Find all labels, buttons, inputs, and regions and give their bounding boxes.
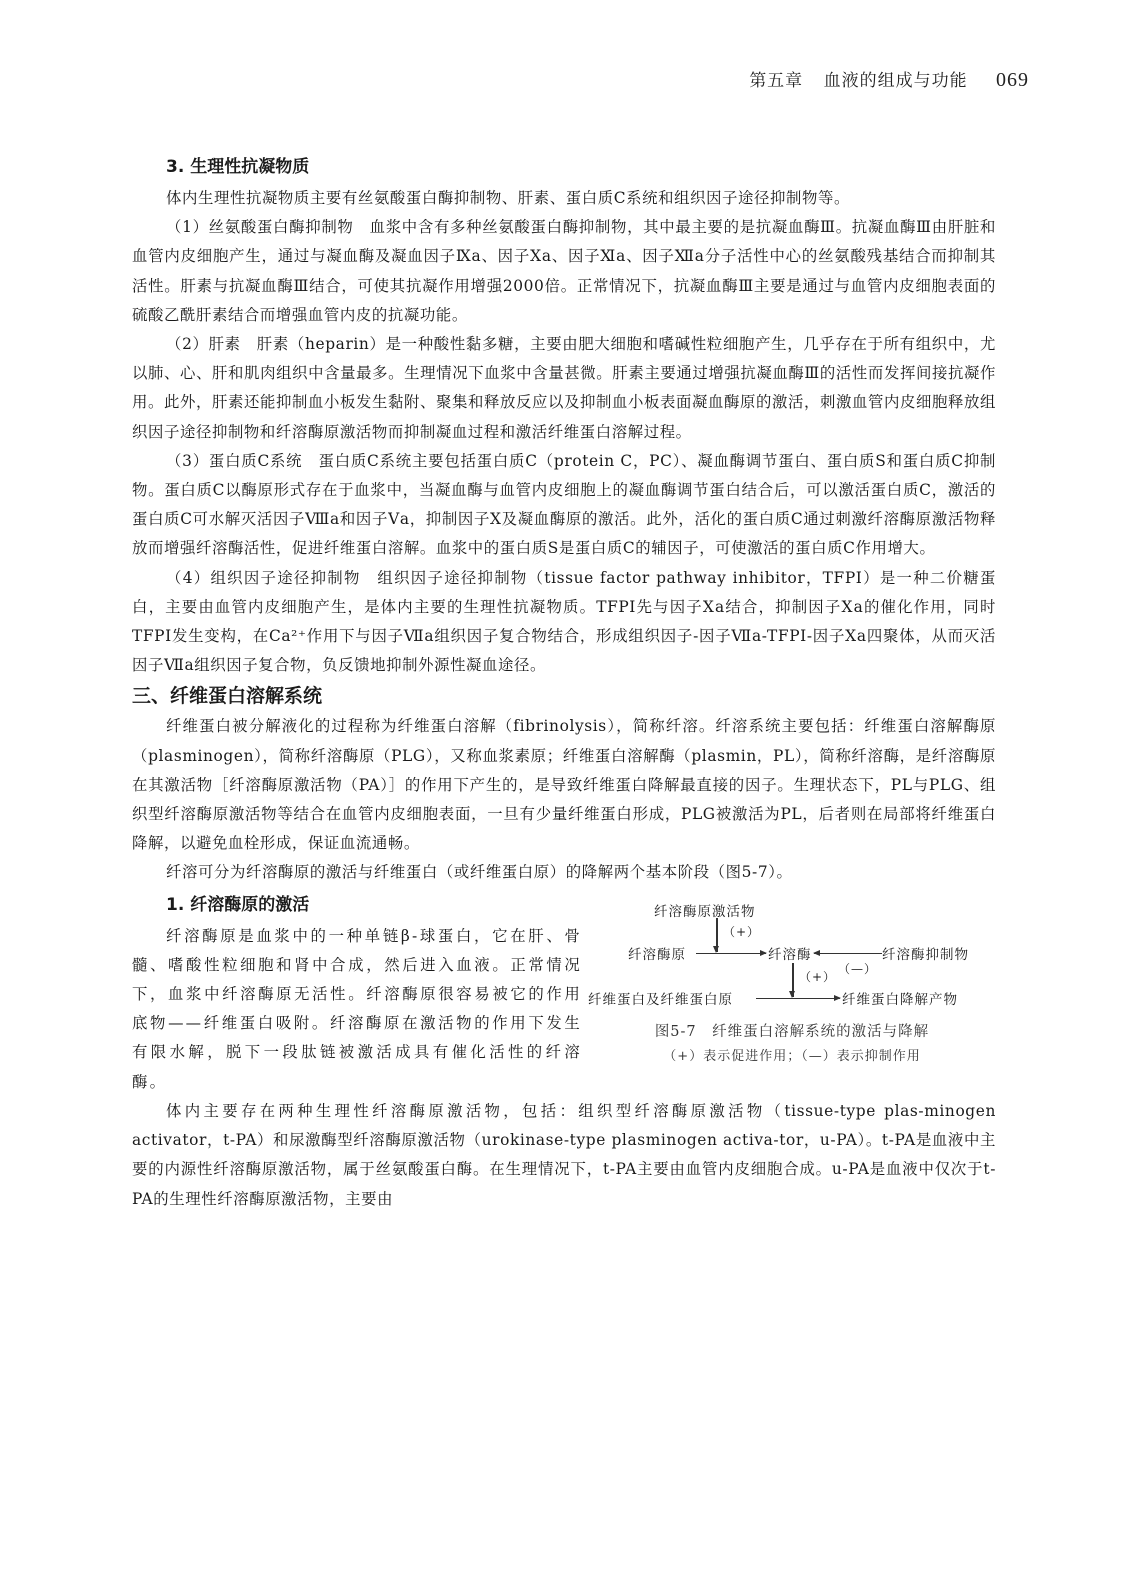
node-plasminogen: 纤溶酶原 <box>628 943 686 963</box>
paragraph-heparin: （2）肝素 肝素（heparin）是一种酸性黏多糖，主要由肥大细胞和嗜碱性粒细胞… <box>132 330 996 447</box>
chapter-label: 第五章 <box>749 71 803 91</box>
text-column: 1. 纤溶酶原的激活 纤溶酶原是血浆中的一种单链β-球蛋白，它在肝、骨髓、嗜酸性… <box>132 888 582 1097</box>
paragraph-protein-c-system: （3）蛋白质C系统 蛋白质C系统主要包括蛋白质C（protein C，PC）、凝… <box>132 447 996 564</box>
node-fibrin-fibrinogen: 纤维蛋白及纤维蛋白原 <box>588 988 733 1008</box>
figure-caption: 图5-7 纤维蛋白溶解系统的激活与降解 <box>588 1020 996 1041</box>
section-heading-fibrinolysis: 三、纤维蛋白溶解系统 <box>132 680 996 712</box>
chapter-title: 血液的组成与功能 <box>824 71 968 91</box>
paragraph-serine-protease-inhibitor: （1）丝氨酸蛋白酶抑制物 血浆中含有多种丝氨酸蛋白酶抑制物，其中最主要的是抗凝血… <box>132 213 996 330</box>
section-heading-anticoagulants: 3. 生理性抗凝物质 <box>132 150 996 184</box>
paragraph-plasminogen: 纤溶酶原是血浆中的一种单链β-球蛋白，它在肝、骨髓、嗜酸性粒细胞和肾中合成，然后… <box>132 922 582 1097</box>
arrow-left-inhibition <box>814 953 882 955</box>
node-plasminogen-activator: 纤溶酶原激活物 <box>654 900 756 920</box>
sign-minus: （—） <box>838 960 877 977</box>
page-number: 069 <box>996 69 1029 91</box>
figure-5-7-diagram: 纤溶酶原激活物 （+） 纤溶酶原 纤溶酶 纤溶酶抑制物 （—） （+） 纤维蛋白… <box>588 892 996 1072</box>
paragraph-fibrinolysis-intro: 纤维蛋白被分解液化的过程称为纤维蛋白溶解（fibrinolysis），简称纤溶。… <box>132 712 996 858</box>
node-degradation-products: 纤维蛋白降解产物 <box>842 988 958 1008</box>
sign-plus-2: （+） <box>799 968 836 985</box>
node-plasmin-inhibitor: 纤溶酶抑制物 <box>882 943 969 963</box>
running-head: 第五章 血液的组成与功能 069 <box>749 66 1029 92</box>
node-plasmin: 纤溶酶 <box>768 943 812 963</box>
arrow-right-to-degradation <box>756 998 840 1000</box>
arrow-right-to-plasmin <box>696 953 766 955</box>
sign-plus-1: （+） <box>723 923 760 940</box>
arrow-down-degradation <box>792 963 794 997</box>
figure-note: （+）表示促进作用；（—）表示抑制作用 <box>588 1045 996 1064</box>
arrow-down-activation <box>716 918 718 952</box>
text-figure-row: 1. 纤溶酶原的激活 纤溶酶原是血浆中的一种单链β-球蛋白，它在肝、骨髓、嗜酸性… <box>132 888 996 1097</box>
paragraph-intro: 体内生理性抗凝物质主要有丝氨酸蛋白酶抑制物、肝素、蛋白质C系统和组织因子途径抑制… <box>132 184 996 213</box>
paragraph-tfpi: （4）组织因子途径抑制物 组织因子途径抑制物（tissue factor pat… <box>132 564 996 681</box>
subsection-heading-plasminogen-activation: 1. 纤溶酶原的激活 <box>132 888 582 922</box>
paragraph-plasminogen-activators: 体内主要存在两种生理性纤溶酶原激活物，包括：组织型纤溶酶原激活物（tissue-… <box>132 1097 996 1214</box>
page-body: 3. 生理性抗凝物质 体内生理性抗凝物质主要有丝氨酸蛋白酶抑制物、肝素、蛋白质C… <box>132 150 996 1214</box>
paragraph-fibrinolysis-stages: 纤溶可分为纤溶酶原的激活与纤维蛋白（或纤维蛋白原）的降解两个基本阶段（图5-7）… <box>132 858 996 887</box>
